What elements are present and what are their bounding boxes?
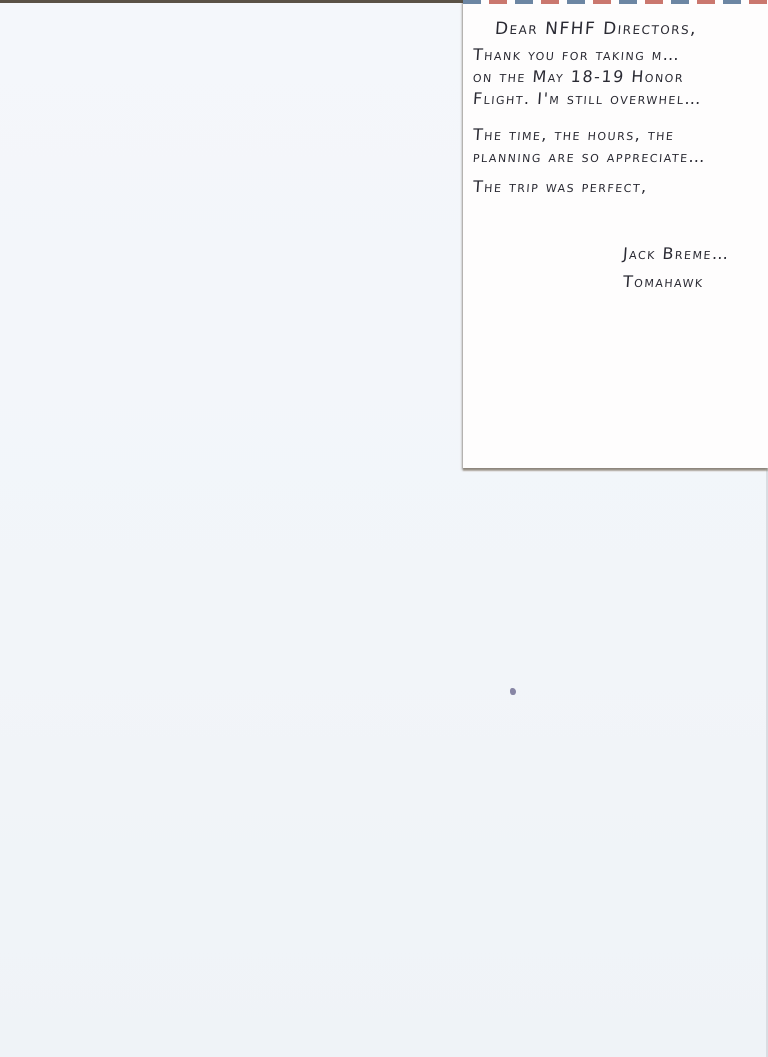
signature-town: Tomahawk [622,268,768,296]
note-greeting: Dear NFHF Directors, [472,18,768,40]
note-line: Thank you for taking m… [472,44,768,66]
ink-speck [510,688,516,695]
note-signature: Jack Breme… Tomahawk [623,240,768,296]
scanned-page-background: Dear NFHF Directors, Thank you for takin… [0,0,768,1057]
note-line: planning are so appreciate… [472,146,768,168]
note-line: on the May 18-19 Honor [472,66,768,88]
note-line: The trip was perfect, [472,176,768,198]
note-line: The time, the hours, the [472,124,768,146]
airmail-stripe-border [463,0,768,4]
note-line: Flight. I'm still overwhel… [472,88,768,110]
signature-name: Jack Breme… [622,240,768,268]
handwritten-note-card: Dear NFHF Directors, Thank you for takin… [463,0,768,468]
note-body: Dear NFHF Directors, Thank you for takin… [473,18,768,198]
